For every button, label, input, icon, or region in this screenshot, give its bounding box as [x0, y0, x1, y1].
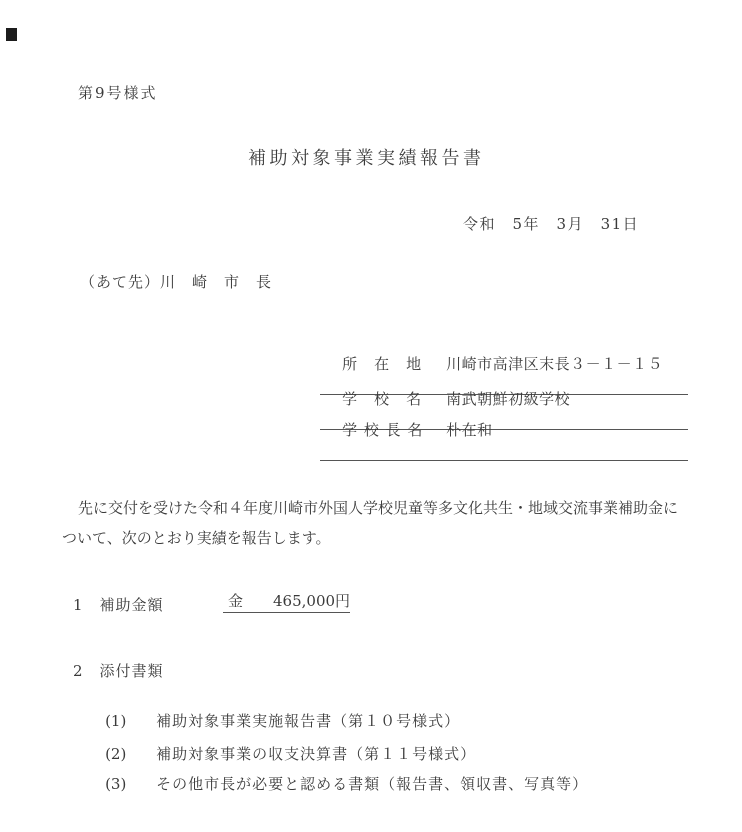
- subsidy-amount-value: 金 465,000円: [223, 593, 350, 613]
- field-row-principal-name: 学 校 長 名朴在和: [320, 403, 688, 461]
- scanned-document-page: 第9号様式 補助対象事業実績報告書 令和 5年 3月 31日 （あて先）川 崎 …: [0, 0, 742, 832]
- report-date: 令和 5年 3月 31日: [463, 213, 639, 234]
- document-title: 補助対象事業実績報告書: [248, 144, 485, 170]
- body-text-line-1: 先に交付を受けた令和４年度川崎市外国人学校児童等多文化共生・地域交流事業補助金に: [62, 499, 702, 517]
- body-text-line-2: ついて、次のとおり実績を報告します。: [62, 529, 702, 547]
- attachment-item-3-number: (3): [105, 775, 156, 794]
- form-number: 第9号様式: [78, 82, 158, 103]
- attachment-item-3-text: その他市長が必要と認める書類（報告書、領収書、写真等）: [156, 775, 588, 793]
- section-2-heading: 2 添付書類: [73, 660, 164, 681]
- field-label-address: 所 在 地: [342, 355, 446, 373]
- field-label-principal-name: 学 校 長 名: [342, 421, 446, 439]
- field-value-address: 川崎市高津区末長３－１－１５: [446, 355, 663, 373]
- field-value-principal-name: 朴在和: [446, 421, 493, 439]
- section-1-heading: 1 補助金額: [73, 594, 164, 615]
- scan-artifact-mark: [6, 28, 17, 41]
- attachment-item-3: (3)その他市長が必要と認める書類（報告書、領収書、写真等）: [82, 756, 588, 813]
- addressee-line: （あて先）川 崎 市 長: [80, 271, 272, 292]
